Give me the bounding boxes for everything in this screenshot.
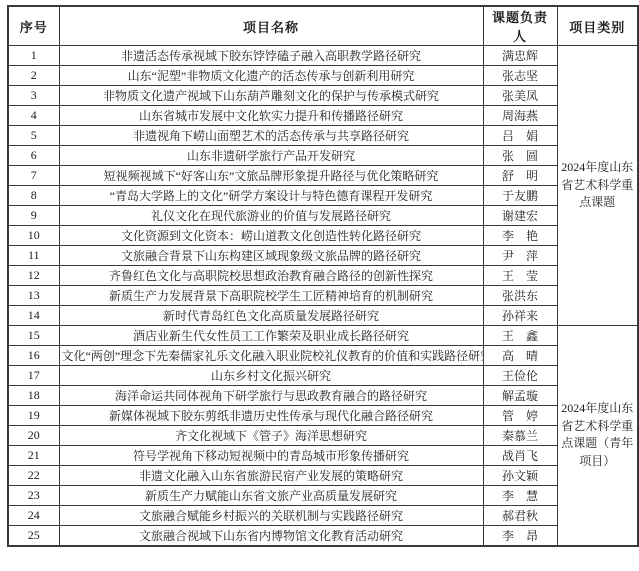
row-number-cell: 11 [8,246,59,266]
project-leader-cell: 张志坚 [483,66,557,86]
project-leader-cell: 王 鑫 [483,326,557,346]
project-leader-cell: 解孟璇 [483,386,557,406]
table-row: 25文旅融合视域下山东省内博物馆文化教育活动研究李 昂 [8,526,638,546]
project-title-cell: “青岛大学路上的文化”研学方案设计与特色德育课程开发研究 [59,186,483,206]
projects-table: 序号 项目名称 课题负责人 项目类别 1非遗活态传承视域下胶东饽饽磕子融入高职教… [7,5,639,547]
table-row: 10文化资源到文化资本：崂山道教文化创造性转化路径研究李 艳 [8,226,638,246]
project-title-cell: 山东乡村文化振兴研究 [59,366,483,386]
project-category-cell: 2024年度山东省艺术科学重点课题（青年项目） [557,326,638,546]
project-leader-cell: 高 晴 [483,346,557,366]
table-row: 5非遗视角下崂山面塑艺术的活态传承与共享路径研究吕 娟 [8,126,638,146]
project-title-cell: 山东“泥塑”非物质文化遗产的活态传承与创新利用研究 [59,66,483,86]
table-row: 17山东乡村文化振兴研究王俭伦 [8,366,638,386]
project-leader-cell: 张洪东 [483,286,557,306]
table-row: 6山东非遗研学旅行产品开发研究张 圆 [8,146,638,166]
row-number-cell: 20 [8,426,59,446]
row-number-cell: 15 [8,326,59,346]
project-leader-cell: 于友鹏 [483,186,557,206]
project-leader-cell: 李 慧 [483,486,557,506]
project-title-cell: 非遗活态传承视域下胶东饽饽磕子融入高职教学路径研究 [59,46,483,66]
row-number-cell: 2 [8,66,59,86]
project-leader-cell: 张 圆 [483,146,557,166]
project-title-cell: 短视频视域下“好客山东”文旅品牌形象提升路径与优化策略研究 [59,166,483,186]
table-row: 22非遗文化融入山东省旅游民宿产业发展的策略研究孙文颖 [8,466,638,486]
project-title-cell: 齐鲁红色文化与高职院校思想政治教育融合路径的创新性探究 [59,266,483,286]
table-row: 1非遗活态传承视域下胶东饽饽磕子融入高职教学路径研究满忠辉2024年度山东省艺术… [8,46,638,66]
table-row: 24文旅融合赋能乡村振兴的关联机制与实践路径研究郝君秋 [8,506,638,526]
project-leader-cell: 秦慕兰 [483,426,557,446]
table-row: 13新质生产力发展背景下高职院校学生工匠精神培育的机制研究张洪东 [8,286,638,306]
row-number-cell: 5 [8,126,59,146]
project-leader-cell: 战肖飞 [483,446,557,466]
row-number-cell: 10 [8,226,59,246]
row-number-cell: 7 [8,166,59,186]
project-title-cell: 新媒体视域下胶东剪纸非遗历史性传承与现代化融合路径研究 [59,406,483,426]
project-leader-cell: 王 莹 [483,266,557,286]
table-row: 4山东省城市发展中文化软实力提升和传播路径研究周海燕 [8,106,638,126]
table-body: 1非遗活态传承视域下胶东饽饽磕子融入高职教学路径研究满忠辉2024年度山东省艺术… [8,46,638,546]
table-row: 14新时代青岛红色文化高质量发展路径研究孙祥来 [8,306,638,326]
row-number-cell: 25 [8,526,59,546]
table-row: 23新质生产力赋能山东省文旅产业高质量发展研究李 慧 [8,486,638,506]
row-number-cell: 18 [8,386,59,406]
project-category-cell: 2024年度山东省艺术科学重点课题 [557,46,638,326]
row-number-cell: 9 [8,206,59,226]
table-row: 12齐鲁红色文化与高职院校思想政治教育融合路径的创新性探究王 莹 [8,266,638,286]
project-title-cell: 海洋命运共同体视角下研学旅行与思政教育融合的路径研究 [59,386,483,406]
project-leader-cell: 周海燕 [483,106,557,126]
project-title-cell: 山东省城市发展中文化软实力提升和传播路径研究 [59,106,483,126]
project-title-cell: 酒店业新生代女性员工工作繁荣及职业成长路径研究 [59,326,483,346]
row-number-cell: 6 [8,146,59,166]
project-title-cell: 文旅融合赋能乡村振兴的关联机制与实践路径研究 [59,506,483,526]
project-leader-cell: 管 婷 [483,406,557,426]
table-row: 8“青岛大学路上的文化”研学方案设计与特色德育课程开发研究于友鹏 [8,186,638,206]
project-title-cell: 礼仪文化在现代旅游业的价值与发展路径研究 [59,206,483,226]
row-number-cell: 23 [8,486,59,506]
row-number-cell: 17 [8,366,59,386]
table-row: 3非物质文化遗产视域下山东葫芦雕刻文化的保护与传承模式研究张美凤 [8,86,638,106]
table-row: 2山东“泥塑”非物质文化遗产的活态传承与创新利用研究张志坚 [8,66,638,86]
project-title-cell: 文旅融合背景下山东构建区域现象级文旅品牌的路径研究 [59,246,483,266]
table-row: 18海洋命运共同体视角下研学旅行与思政教育融合的路径研究解孟璇 [8,386,638,406]
table-row: 21符号学视角下移动短视频中的青岛城市形象传播研究战肖飞 [8,446,638,466]
header-no: 序号 [8,6,59,46]
project-title-cell: 山东非遗研学旅行产品开发研究 [59,146,483,166]
table-row: 15酒店业新生代女性员工工作繁荣及职业成长路径研究王 鑫2024年度山东省艺术科… [8,326,638,346]
table-row: 20齐文化视域下《管子》海洋思想研究秦慕兰 [8,426,638,446]
project-title-cell: 新质生产力发展背景下高职院校学生工匠精神培育的机制研究 [59,286,483,306]
row-number-cell: 22 [8,466,59,486]
project-title-cell: 文旅融合视域下山东省内博物馆文化教育活动研究 [59,526,483,546]
row-number-cell: 13 [8,286,59,306]
project-leader-cell: 李 昂 [483,526,557,546]
project-leader-cell: 舒 明 [483,166,557,186]
table-row: 16文化“两创”理念下先秦儒家礼乐文化融入职业院校礼仪教育的价值和实践路径研究高… [8,346,638,366]
header-category: 项目类别 [557,6,638,46]
project-title-cell: 非遗视角下崂山面塑艺术的活态传承与共享路径研究 [59,126,483,146]
header-title: 项目名称 [59,6,483,46]
document-page: 序号 项目名称 课题负责人 项目类别 1非遗活态传承视域下胶东饽饽磕子融入高职教… [0,5,639,571]
row-number-cell: 19 [8,406,59,426]
project-title-cell: 非遗文化融入山东省旅游民宿产业发展的策略研究 [59,466,483,486]
row-number-cell: 24 [8,506,59,526]
row-number-cell: 14 [8,306,59,326]
project-leader-cell: 郝君秋 [483,506,557,526]
project-title-cell: 新质生产力赋能山东省文旅产业高质量发展研究 [59,486,483,506]
project-leader-cell: 张美凤 [483,86,557,106]
row-number-cell: 16 [8,346,59,366]
row-number-cell: 12 [8,266,59,286]
project-title-cell: 新时代青岛红色文化高质量发展路径研究 [59,306,483,326]
table-row: 19新媒体视域下胶东剪纸非遗历史性传承与现代化融合路径研究管 婷 [8,406,638,426]
project-leader-cell: 孙祥来 [483,306,557,326]
project-title-cell: 齐文化视域下《管子》海洋思想研究 [59,426,483,446]
table-row: 11文旅融合背景下山东构建区域现象级文旅品牌的路径研究尹 萍 [8,246,638,266]
project-title-cell: 文化“两创”理念下先秦儒家礼乐文化融入职业院校礼仪教育的价值和实践路径研究 [59,346,483,366]
row-number-cell: 8 [8,186,59,206]
project-title-cell: 非物质文化遗产视域下山东葫芦雕刻文化的保护与传承模式研究 [59,86,483,106]
project-leader-cell: 李 艳 [483,226,557,246]
row-number-cell: 21 [8,446,59,466]
project-leader-cell: 吕 娟 [483,126,557,146]
project-leader-cell: 满忠辉 [483,46,557,66]
header-row: 序号 项目名称 课题负责人 项目类别 [8,6,638,46]
project-title-cell: 符号学视角下移动短视频中的青岛城市形象传播研究 [59,446,483,466]
project-leader-cell: 王俭伦 [483,366,557,386]
project-title-cell: 文化资源到文化资本：崂山道教文化创造性转化路径研究 [59,226,483,246]
row-number-cell: 4 [8,106,59,126]
table-row: 7短视频视域下“好客山东”文旅品牌形象提升路径与优化策略研究舒 明 [8,166,638,186]
header-leader: 课题负责人 [483,6,557,46]
row-number-cell: 1 [8,46,59,66]
project-leader-cell: 尹 萍 [483,246,557,266]
row-number-cell: 3 [8,86,59,106]
table-row: 9礼仪文化在现代旅游业的价值与发展路径研究谢建宏 [8,206,638,226]
project-leader-cell: 孙文颖 [483,466,557,486]
project-leader-cell: 谢建宏 [483,206,557,226]
